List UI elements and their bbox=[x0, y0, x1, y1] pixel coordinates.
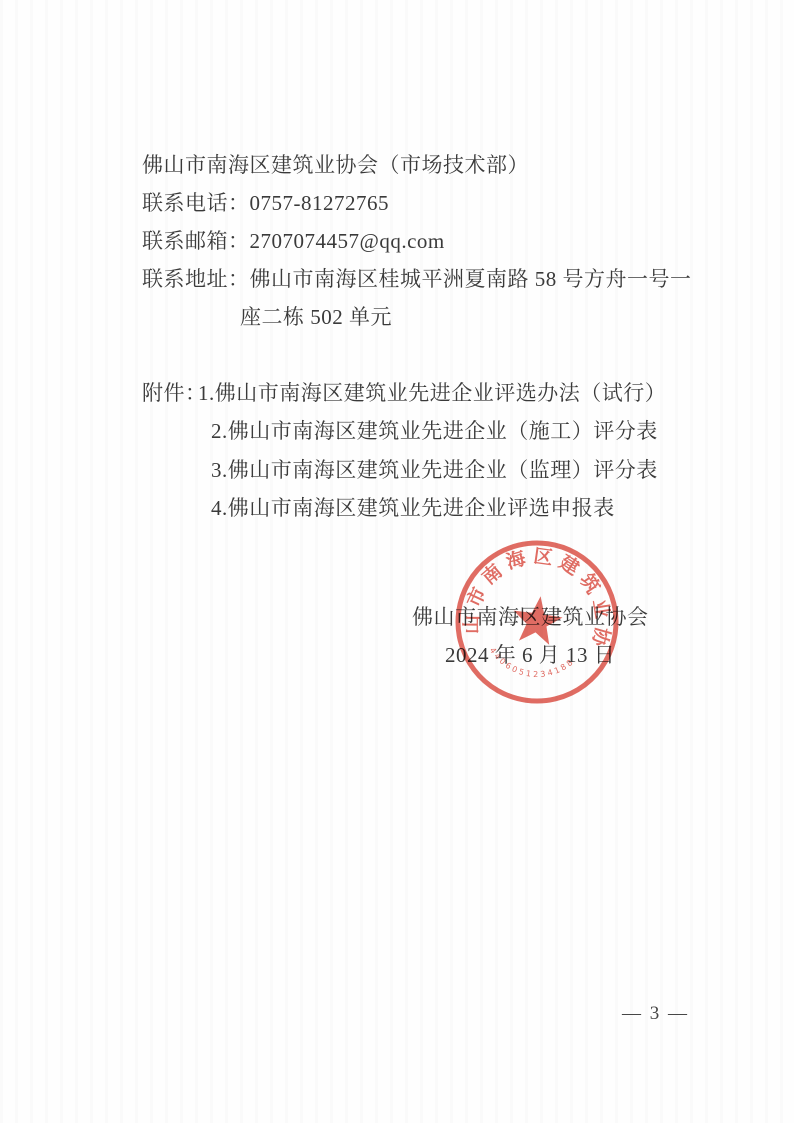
phone-line: 联系电话：0757-81272765 bbox=[142, 190, 389, 217]
seal-star-icon bbox=[510, 593, 565, 646]
phone-label: 联系电话： bbox=[142, 191, 250, 215]
seal-code: 4406051234188 bbox=[485, 645, 577, 685]
attachment-item: 2.佛山市南海区建筑业先进企业（施工）评分表 bbox=[211, 418, 658, 445]
phone-value: 0757-81272765 bbox=[250, 191, 390, 215]
attachment-item: 1.佛山市南海区建筑业先进企业评选办法（试行） bbox=[198, 380, 666, 407]
seal-arc-text: 佛山市南海区建筑业协会 bbox=[443, 528, 628, 655]
address-line: 联系地址：佛山市南海区桂城平洲夏南路 58 号方舟一号一 bbox=[142, 266, 692, 293]
attachment-item: 3.佛山市南海区建筑业先进企业（监理）评分表 bbox=[211, 457, 658, 484]
document-page: 佛山市南海区建筑业协会（市场技术部） 联系电话：0757-81272765 联系… bbox=[0, 0, 794, 1123]
attachments-label: 附件： bbox=[142, 380, 207, 407]
page-number: — 3 — bbox=[622, 1003, 689, 1025]
email-label: 联系邮箱： bbox=[142, 229, 250, 253]
address-value: 佛山市南海区桂城平洲夏南路 58 号方舟一号一 bbox=[250, 267, 692, 291]
svg-text:4406051234188: 4406051234188 bbox=[485, 645, 577, 685]
email-value: 2707074457@qq.com bbox=[250, 229, 445, 253]
email-line: 联系邮箱：2707074457@qq.com bbox=[142, 228, 445, 255]
attachment-item: 4.佛山市南海区建筑业先进企业评选申报表 bbox=[211, 495, 615, 522]
address-continuation: 座二栋 502 单元 bbox=[240, 304, 392, 331]
address-label: 联系地址： bbox=[142, 267, 250, 291]
official-seal: 佛山市南海区建筑业协会 4406051234188 bbox=[443, 528, 630, 715]
department-line: 佛山市南海区建筑业协会（市场技术部） bbox=[142, 152, 529, 179]
svg-text:佛山市南海区建筑业协会: 佛山市南海区建筑业协会 bbox=[443, 528, 628, 655]
